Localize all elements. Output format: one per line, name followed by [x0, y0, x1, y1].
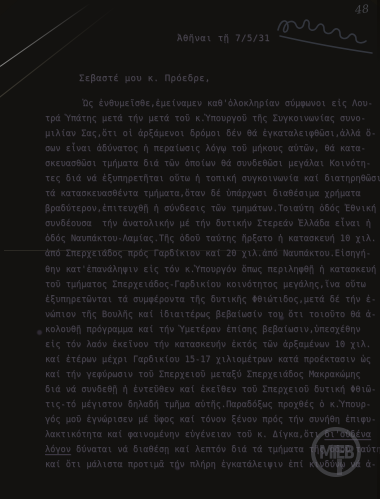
typed-line: τοῦ τμήματος Σπερχειάδος-Γαρδικίου κοινό…: [45, 278, 380, 293]
paper-crease: [0, 6, 117, 99]
typed-line: μιλίαν Σας,ὅτι οἱ ἀρξάμενοι δρόμοι δέν θ…: [45, 127, 380, 142]
typed-line: νώπιον τῆς Βουλῆς καί ἰδιαιτέρως βεβαίωσ…: [45, 308, 380, 323]
scanned-letter-page: 48 Ἀθῆναι τῇ 7/5/31 Σεβαστέ μου κ. Πρόεδ…: [0, 0, 380, 499]
paper: 48 Ἀθῆναι τῇ 7/5/31 Σεβαστέ μου κ. Πρόεδ…: [4, 2, 380, 484]
typed-line: τις-τό μέγιστον δηλαδή τμῆμα αὐτῆς.Παραδ…: [45, 398, 380, 413]
typed-line: καί ἑτέρων μέχρι Γαρδικίου 15-17 χιλιομέ…: [45, 353, 380, 368]
typed-line: τά κατασκευασθέντα τμήματα,ὅταν δέ ὑπάρχ…: [45, 187, 380, 202]
typed-line: λακτικότητα καί φαινομένην εὐγένειαν τοῦ…: [45, 428, 380, 443]
letter-body: Ὡς ἐνθυμεῖσθε,ἐμείναμεν καθ'ὁλοκληρίαν σ…: [45, 97, 380, 473]
typed-line: τρά Ὑπάτης μετά τήν μετά τοῦ κ.Ὑπουργοῦ …: [45, 112, 380, 127]
typed-line: Ὡς ἐνθυμεῖσθε,ἐμείναμεν καθ'ὁλοκληρίαν σ…: [45, 97, 380, 112]
typed-line: γός μοῦ ἐγνώρισεν μέ ὕφος καί τόνον ξένο…: [45, 413, 380, 428]
typed-line: ἀπό Σπερχειάδος πρός Γαρδίκιον καί 20 χι…: [45, 247, 380, 262]
handwritten-annotation: [274, 12, 378, 56]
typed-line: εἰς τόν λαόν ἐκεῖνον τήν κατασκευήν ἐκτό…: [45, 338, 380, 353]
typed-line: διά νά συνδεθῇ ἡ ἐντεῦθεν καί ἐκεῖθεν το…: [45, 383, 380, 398]
typed-line: σκευασθῶσι τμήματα διά τῶν ὁποίων θά συν…: [45, 157, 380, 172]
typed-line: βραδύτερον,ἐπιτευχθῇ ἡ σύνδεσις τῶν τμημ…: [45, 202, 380, 217]
salutation: Σεβαστέ μου κ. Πρόεδρε,: [79, 74, 211, 84]
typed-line: θην κατ'ἐπανάληψιν εἰς τόν κ.Ὑπουργόν ὅπ…: [45, 263, 380, 278]
typed-line: ἐξυπηρετῶνται τά συμφέροντα τῆς δυτικῆς …: [45, 293, 380, 308]
typed-line: κολουθῇ πρόγραμμα καί τήν Ὑμετέραν ἐπίση…: [45, 323, 380, 338]
typed-line: καί τήν γεφύρωσιν τοῦ Σπερχειοῦ μεταξύ Σ…: [45, 368, 380, 383]
typed-line: λόγον δύναται νά διαθέσῃ καί λεπτόν διά …: [45, 443, 380, 458]
ink-blot: [37, 330, 42, 335]
ink-blot: [175, 466, 180, 470]
typed-line: ὁδός Ναυπάκτου-Λαμίας.Τῆς ὁδοῦ ταύτης ἤρ…: [45, 232, 380, 247]
date-line: Ἀθῆναι τῇ 7/5/31: [177, 34, 270, 44]
typed-line: συνδέουσα τήν ἀνατολικήν μέ τήν δυτικήν …: [45, 217, 380, 232]
typed-line: καί ὅτι μάλιστα προτιμᾶ τήν πλήρη ἐγκατά…: [45, 458, 380, 473]
typed-line: σων εἶναι ἀδύνατος ἡ περαίωσις λόγῳ τοῦ …: [45, 142, 380, 157]
ink-blot: [279, 316, 284, 320]
paper-crease: [0, 3, 90, 67]
typed-line: τες διά νά ἐξυπηρετῆται οὕτω ἡ τοπική συ…: [45, 172, 380, 187]
